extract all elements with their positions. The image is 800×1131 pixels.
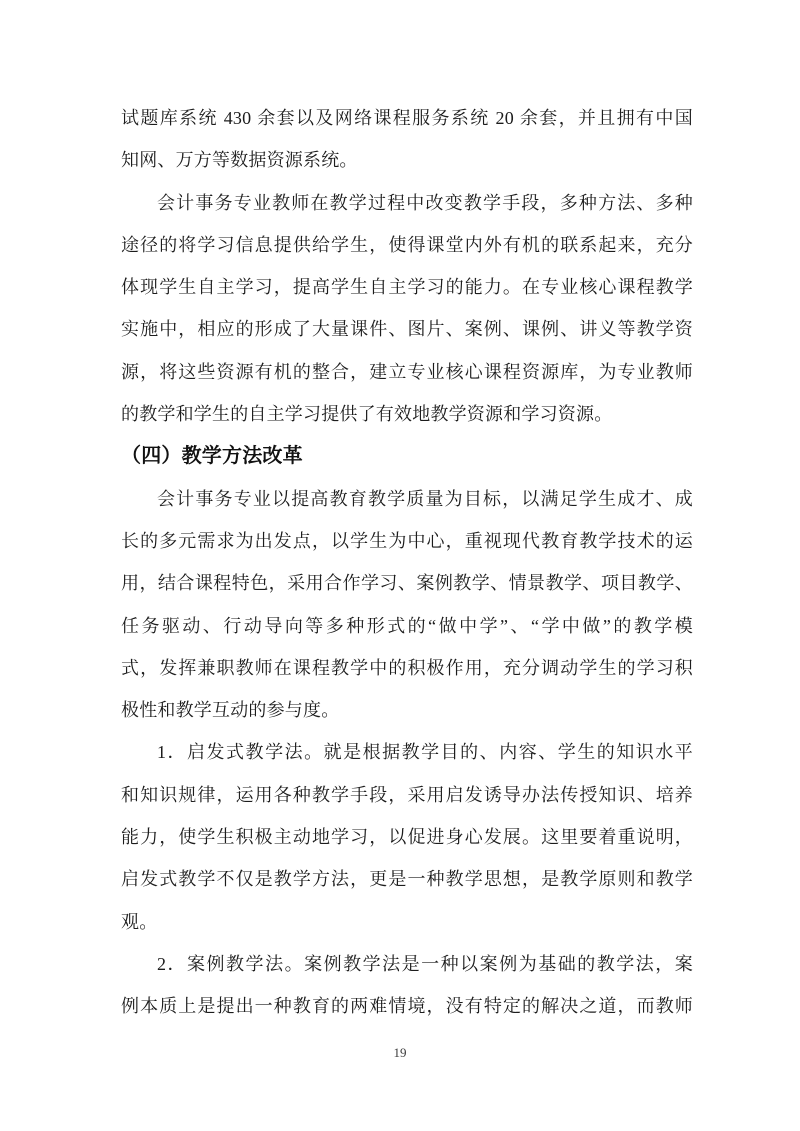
text-line: 实施中，相应的形成了大量课件、图片、案例、课例、讲义等教学资: [121, 308, 693, 350]
text-line: 任务驱动、行动导向等多种形式的“做中学”、“学中做”的教学模: [121, 605, 693, 647]
document-content: 试题库系统 430 余套以及网络课程服务系统 20 余套，并且拥有中国 知网、万…: [121, 97, 693, 1028]
text-line: 能力，使学生积极主动地学习，以促进身心发展。这里要着重说明，: [121, 816, 693, 858]
text-line: 1．启发式教学法。就是根据教学目的、内容、学生的知识水平: [121, 731, 693, 773]
text-line: 观。: [121, 901, 693, 943]
text-line: 的教学和学生的自主学习提供了有效地教学资源和学习资源。: [121, 393, 693, 435]
text-line: 试题库系统 430 余套以及网络课程服务系统 20 余套，并且拥有中国: [121, 97, 693, 139]
text-line: 源，将这些资源有机的整合，建立专业核心课程资源库，为专业教师: [121, 351, 693, 393]
text-line: 会计事务专业教师在教学过程中改变教学手段，多种方法、多种: [121, 182, 693, 224]
text-line: 会计事务专业以提高教育教学质量为目标，以满足学生成才、成: [121, 478, 693, 520]
page-number: 19: [0, 1045, 800, 1061]
text-line: 体现学生自主学习，提高学生自主学习的能力。在专业核心课程教学: [121, 266, 693, 308]
text-line: 启发式教学不仅是教学方法，更是一种教学思想，是教学原则和教学: [121, 858, 693, 900]
section-heading: （四）教学方法改革: [121, 435, 693, 477]
text-line: 知网、万方等数据资源系统。: [121, 139, 693, 181]
text-line: 2．案例教学法。案例教学法是一种以案例为基础的教学法，案: [121, 943, 693, 985]
text-line: 和知识规律，运用各种教学手段，采用启发诱导办法传授知识、培养: [121, 774, 693, 816]
text-line: 极性和教学互动的参与度。: [121, 689, 693, 731]
text-line: 例本质上是提出一种教育的两难情境，没有特定的解决之道，而教师: [121, 985, 693, 1027]
document-page: 试题库系统 430 余套以及网络课程服务系统 20 余套，并且拥有中国 知网、万…: [0, 0, 800, 1131]
text-line: 式，发挥兼职教师在课程教学中的积极作用，充分调动学生的学习积: [121, 647, 693, 689]
text-line: 途径的将学习信息提供给学生，使得课堂内外有机的联系起来，充分: [121, 224, 693, 266]
text-line: 用，结合课程特色，采用合作学习、案例教学、情景教学、项目教学、: [121, 562, 693, 604]
text-line: 长的多元需求为出发点，以学生为中心，重视现代教育教学技术的运: [121, 520, 693, 562]
